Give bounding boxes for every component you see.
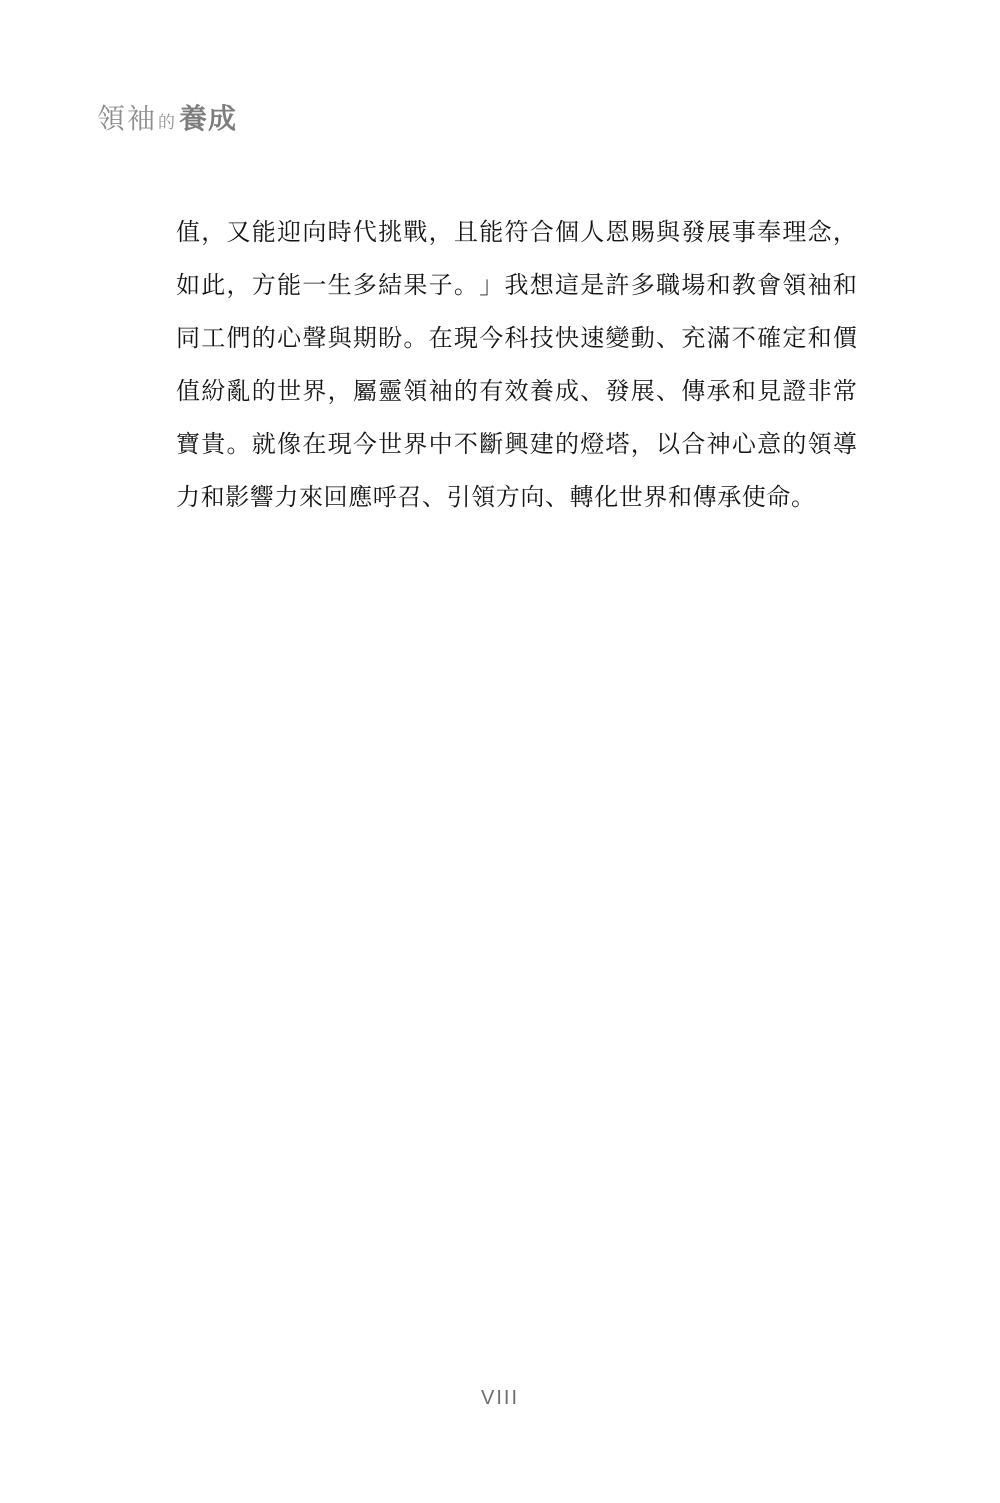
text-line-5: 寶貴。就像在現今世界中不斷興建的燈塔，以合神心意的領導 [176, 419, 857, 472]
book-page: 領袖 的 養成 值，又能迎向時代挑戰，且能符合個人恩賜與發展事奉理念， 如此，方… [0, 0, 1000, 1503]
text-line-2: 如此，方能一生多結果子。」我想這是許多職場和教會領袖和 [176, 260, 857, 313]
page-number: VIII [0, 1387, 1000, 1410]
text-line-3: 同工們的心聲與期盼。在現今科技快速變動、充滿不確定和價 [176, 313, 857, 366]
text-line-6: 力和影響力來回應呼召、引領方向、轉化世界和傳承使命。 [176, 472, 857, 525]
header-title-part-3: 養成 [179, 97, 237, 137]
text-line-1: 值，又能迎向時代挑戰，且能符合個人恩賜與發展事奉理念， [176, 207, 857, 260]
header-title-part-1: 領袖 [97, 97, 157, 137]
header-title-part-2: 的 [158, 108, 175, 133]
running-header: 領袖 的 養成 [97, 97, 237, 137]
text-line-4: 值紛亂的世界，屬靈領袖的有效養成、發展、傳承和見證非常 [176, 366, 857, 419]
paragraph-block: 值，又能迎向時代挑戰，且能符合個人恩賜與發展事奉理念， 如此，方能一生多結果子。… [176, 207, 857, 525]
